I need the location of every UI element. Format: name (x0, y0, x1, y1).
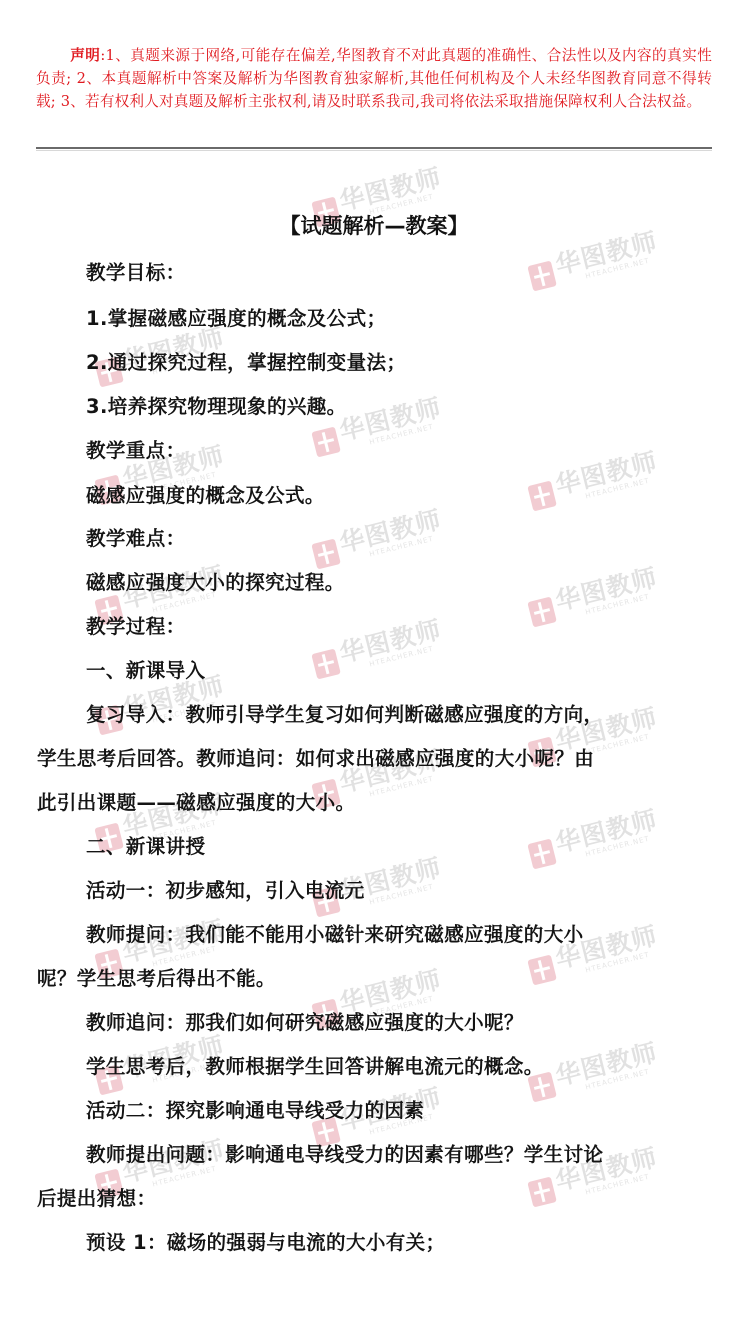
hypothesis-1: 预设 1：磁场的强弱与电流的大小有关； (86, 1227, 445, 1255)
objective-3: 3.培养探究物理现象的兴趣。 (86, 391, 347, 419)
activity-2-heading: 活动二：探究影响通电导线受力的因素 (86, 1095, 424, 1123)
paragraph-line: 此引出课题——磁感应强度的大小。 (37, 787, 355, 815)
divider-shadow (36, 150, 712, 151)
heading-difficulty: 教学难点： (86, 523, 186, 551)
watermark-logo-icon: 华图教师HTEACHER.NET (526, 449, 662, 514)
key-point-text: 磁感应强度的概念及公式。 (86, 480, 325, 508)
section-2-heading: 二、新课讲授 (86, 831, 205, 859)
watermark-logo-icon: 华图教师HTEACHER.NET (526, 1040, 662, 1105)
heading-teaching-objectives: 教学目标： (86, 257, 186, 285)
page-title: 【试题解析—教案】 (0, 210, 748, 240)
disclaimer: 声明:1、真题来源于网络,可能存在偏差,华图教育不对此真题的准确性、合法性以及内… (36, 44, 712, 113)
watermark-logo-icon: 华图教师HTEACHER.NET (310, 617, 446, 682)
paragraph-line: 复习导入：教师引导学生复习如何判断磁感应强度的方向， (86, 699, 603, 727)
watermark-logo-icon: 华图教师HTEACHER.NET (526, 565, 662, 630)
watermark-logo-icon: 华图教师HTEACHER.NET (310, 507, 446, 572)
paragraph-line: 学生思考后，教师根据学生回答讲解电流元的概念。 (86, 1051, 544, 1079)
objective-1: 1.掌握磁感应强度的概念及公式； (86, 303, 386, 331)
heading-key-point: 教学重点： (86, 435, 186, 463)
paragraph-line: 后提出猜想： (37, 1183, 156, 1211)
activity-1-heading: 活动一：初步感知，引入电流元 (86, 875, 365, 903)
paragraph-line: 呢？学生思考后得出不能。 (37, 963, 276, 991)
section-1-heading: 一、新课导入 (86, 655, 205, 683)
divider (36, 147, 712, 149)
disclaimer-lead: 声明 (70, 47, 100, 64)
heading-teaching-process: 教学过程： (86, 611, 186, 639)
disclaimer-text: :1、真题来源于网络,可能存在偏差,华图教育不对此真题的准确性、合法性以及内容的… (36, 47, 712, 110)
paragraph-line: 学生思考后回答。教师追问：如何求出磁感应强度的大小呢？由 (37, 743, 594, 771)
paragraph-line: 教师提出问题：影响通电导线受力的因素有哪些？学生讨论 (86, 1139, 603, 1167)
objective-2: 2.通过探究过程，掌握控制变量法； (86, 347, 406, 375)
paragraph-line: 教师提问：我们能不能用小磁针来研究磁感应强度的大小 (86, 919, 584, 947)
watermark-logo-icon: 华图教师HTEACHER.NET (526, 807, 662, 872)
difficulty-text: 磁感应强度大小的探究过程。 (86, 567, 345, 595)
paragraph-line: 教师追问：那我们如何研究磁感应强度的大小呢？ (86, 1007, 524, 1035)
